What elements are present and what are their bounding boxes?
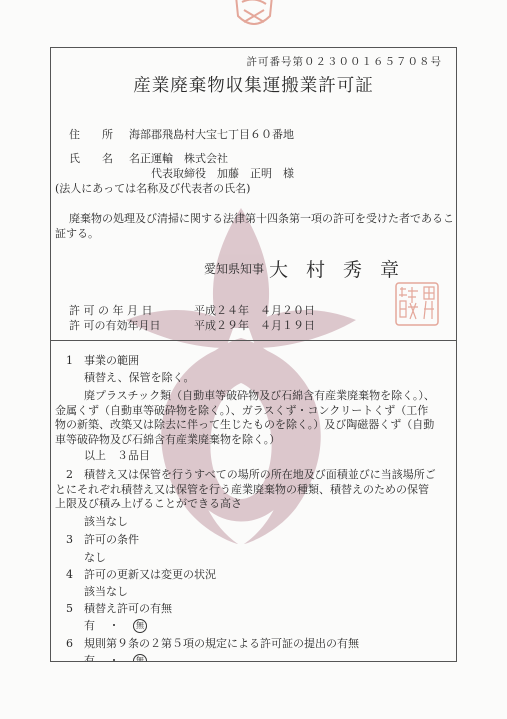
certification-line-2: 証する。 [55,225,99,241]
address-label: 住 所 [69,126,113,142]
item-5-yes: 有 [84,619,95,632]
name-label: 氏 名 [69,150,113,166]
item-1-number: 1 [66,354,73,368]
governor-name: 大村秀章 [269,255,417,282]
document-title: 産業廃棄物収集運搬業許可証 [51,72,456,97]
top-seal-stamp-icon [232,0,276,30]
item-4-body: 該当なし [84,585,128,599]
governor-title: 愛知県知事 [204,260,264,277]
item-3-heading: 許可の条件 [84,533,139,547]
item-6-no-circled: 無 [133,654,147,662]
item-5-options: 有 ・ 無 [84,619,147,633]
item-3-body: なし [84,551,106,565]
item-4-number: 4 [66,568,73,582]
item-5-no-circled: 無 [133,619,147,633]
item-1-body-2: 廃プラスチック類（自動車等破砕物及び石綿含有産業廃棄物を除く。）、金属くず（自動… [55,389,435,447]
item-5-heading: 積替え許可の有無 [84,602,172,616]
section-divider [51,340,456,341]
company-name: 名正運輸 株式会社 [129,150,228,166]
item-5-separator: ・ [109,619,120,632]
item-3-number: 3 [66,533,73,547]
item-6-separator: ・ [109,654,120,662]
item-6-number: 6 [66,637,73,651]
item-1-body-3: 以上 ３品目 [84,449,150,463]
item-1-heading: 事業の範囲 [84,354,139,368]
item-6-yes: 有 [84,654,95,662]
governor-seal-stamp-icon [394,281,440,327]
permit-certificate-frame: 許可番号第０２３００１６５７０８号 産業廃棄物収集運搬業許可証 住 所 海部郡飛… [50,47,457,662]
item-4-heading: 許可の更新又は変更の状況 [84,568,216,582]
issue-date-label: 許 可 の 年 月 日 [69,302,152,318]
name-note: (法人にあっては名称及び代表者の氏名) [55,180,250,196]
expiry-date-label: 許 可の有効年月日 [69,317,161,333]
address-value: 海部郡飛島村大宝七丁目６０番地 [129,126,294,142]
permit-number: 許可番号第０２３００１６５７０８号 [247,54,443,69]
item-1-body-1: 積替え、保管を除く。 [84,371,194,385]
expiry-date-value: 平成２９年 ４月１９日 [194,317,315,333]
item-5-number: 5 [66,602,73,616]
certification-line-1: 廃棄物の処理及び清掃に関する法律第十四条第一項の許可を受けた者であることを [69,210,457,226]
item-2-body: 該当なし [84,515,128,529]
item-2-heading: 積替え又は保管を行うすべての場所の所在地及び面積並びに当該場所ごとにそれぞれ積替… [55,468,437,512]
issue-date-value: 平成２４年 ４月２０日 [194,302,315,318]
item-6-heading: 規則第９条の２第５項の規定による許可証の提出の有無 [84,637,359,651]
item-6-options: 有 ・ 無 [84,654,147,662]
representative-name: 代表取締役 加藤 正明 様 [151,165,294,181]
